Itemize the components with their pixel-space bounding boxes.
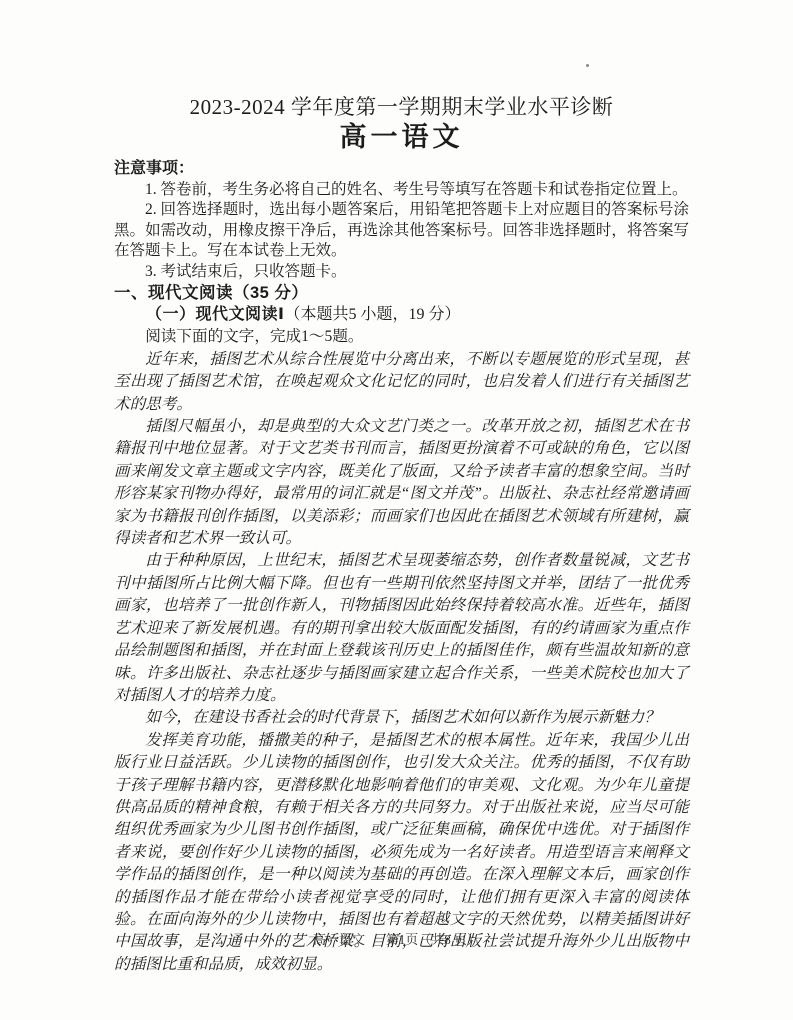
notices-block: 注意事项： 1. 答卷前，考生务必将自己的姓名、考生号等填写在答题卡和试卷指定位… [114, 159, 689, 282]
passage-paragraph-1: 近年来，插图艺术从综合性展览中分离出来，不断以专题展览的形式呈现，甚至出现了插图… [114, 349, 689, 416]
exam-title: 2023-2024 学年度第一学期期末学业水平诊断 [114, 94, 689, 120]
passage-instruction: 阅读下面的文字，完成1～5题。 [114, 326, 689, 348]
section-one-heading: 一、现代文阅读（35 分） [114, 282, 689, 304]
passage-paragraph-2: 插图尺幅虽小，却是典型的大众文艺门类之一。改革开放之初，插图艺术在书籍报刊中地位… [114, 416, 689, 550]
notice-item-1: 1. 答卷前，考生务必将自己的姓名、考生号等填写在答题卡和试卷指定位置上。 [114, 180, 689, 201]
section-one-subheading: （一）现代文阅读Ⅰ（本题共5 小题，19 分） [114, 304, 689, 326]
notice-item-3: 3. 考试结束后，只收答题卡。 [114, 262, 689, 283]
footer-page-number: 第1页（共8 页） [386, 932, 480, 947]
page-content: 2023-2024 学年度第一学期期末学业水平诊断 高一语文 注意事项： 1. … [114, 0, 689, 976]
reading-passage: 近年来，插图艺术从综合性展览中分离出来，不断以专题展览的形式呈现，甚至出现了插图… [114, 349, 689, 976]
footer-subject: 高一语文 [313, 932, 365, 947]
notices-heading: 注意事项： [114, 159, 689, 180]
subheading-rest-part: （本题共5 小题，19 分） [284, 306, 460, 323]
exam-subject-title: 高一语文 [114, 122, 689, 153]
passage-paragraph-4: 如今，在建设书香社会的时代背景下，插图艺术如何以新作为展示新魅力？ [114, 707, 689, 729]
page-footer: 高一语文第1页（共8 页） [0, 932, 793, 948]
exam-page: 2023-2024 学年度第一学期期末学业水平诊断 高一语文 注意事项： 1. … [0, 0, 793, 1020]
section-modern-text-reading: 一、现代文阅读（35 分） （一）现代文阅读Ⅰ（本题共5 小题，19 分） 阅读… [114, 282, 689, 976]
notice-item-2: 2. 回答选择题时，选出每小题答案后，用铅笔把答题卡上对应题目的答案标号涂黑。如… [114, 200, 689, 262]
passage-paragraph-3: 由于种种原因，上世纪末，插图艺术呈现萎缩态势，创作者数量锐减，文艺书刊中插图所占… [114, 550, 689, 707]
subheading-bold-part: （一）现代文阅读Ⅰ [146, 306, 284, 323]
